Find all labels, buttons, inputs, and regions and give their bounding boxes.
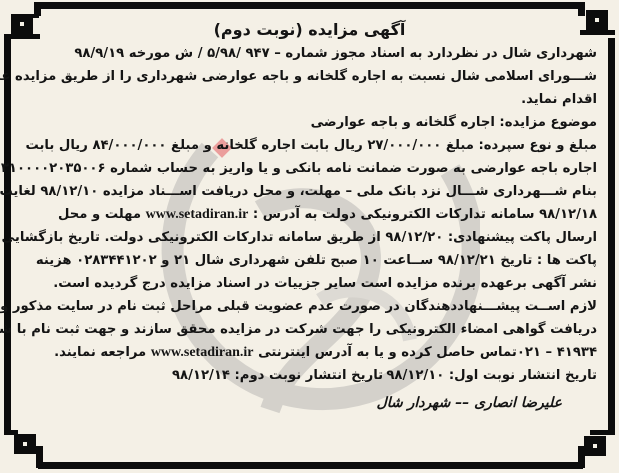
setadiran-link[interactable]: www.setadiran.ir xyxy=(146,207,249,222)
frame-bottom-line xyxy=(38,462,583,469)
deadline-text: ۹۸/۱۲/۱۸ سامانه تدارکات الکترونیکی دولت … xyxy=(253,207,597,222)
frame-corner-bl-c xyxy=(36,446,43,468)
deposit-line-1: مبلغ و نوع سپرده: مبلغ ۲۷/۰۰۰/۰۰۰ ریال ب… xyxy=(22,134,597,157)
frame-top-line xyxy=(38,2,583,9)
deposit-line-2: اجاره باجه عوارضی به صورت ضمانت نامه بان… xyxy=(22,157,597,180)
second-publication-label: تاریخ انتشار نوبت دوم: xyxy=(235,368,384,383)
deadline-suffix: مهلت و محل xyxy=(58,207,141,222)
contact-suffix: مراجعه نمایند. xyxy=(54,345,146,360)
frame-right-line xyxy=(608,38,615,430)
intro-line-2: شـــورای اسلامی شال نسبت به اجاره گلخانه… xyxy=(22,65,597,88)
contact-line: ۴۱۹۳۴ – ۰۲۱تماس حاصل کرده و یا به آدرس ا… xyxy=(22,341,597,364)
second-publication: تاریخ انتشار نوبت دوم: ۹۸/۱۲/۱۴ xyxy=(172,364,383,387)
first-publication-date: ۹۸/۱۲/۱۰ xyxy=(386,368,444,383)
deadline-line: ۹۸/۱۲/۱۸ سامانه تدارکات الکترونیکی دولت … xyxy=(22,203,597,226)
deposit-line-3: بنام شـــهرداری شـــال نزد بانک ملی – مه… xyxy=(22,180,597,203)
requirement-line-1: لازم اســت پیشـــنهاددهندگان در صورت عدم… xyxy=(22,295,597,318)
intro-line-3: اقدام نماید. xyxy=(22,88,597,111)
contact-text: ۴۱۹۳۴ – ۰۲۱تماس حاصل کرده و یا به آدرس ا… xyxy=(258,345,597,360)
intro-line-1: شهرداری شال در نظردارد به اسناد مجوز شما… xyxy=(22,42,597,65)
newspaper-clipping: آگهی مزایده (نوبت دوم) شهرداری شال در نظ… xyxy=(0,0,619,473)
notice-title: آگهی مزایده (نوبت دوم) xyxy=(22,20,597,39)
corner-ornament-bottom-left xyxy=(14,434,36,454)
notice-body: آگهی مزایده (نوبت دوم) شهرداری شال در نظ… xyxy=(22,20,597,411)
submission-line-2: پاکت ها : تاریخ ۹۸/۱۲/۲۱ ســاعت ۱۰ صبح ت… xyxy=(22,249,597,272)
second-publication-date: ۹۸/۱۲/۱۴ xyxy=(172,368,230,383)
setadiran-link-2[interactable]: www.setadiran.ir xyxy=(151,345,254,360)
frame-corner-br-a xyxy=(590,430,615,435)
publication-dates: تاریخ انتشار نوبت اول: ۹۸/۱۲/۱۰ تاریخ ان… xyxy=(22,364,597,387)
submission-line-3: نشر آگهی برعهده برنده مزایده است سایر جز… xyxy=(22,272,597,295)
frame-corner-tr-a xyxy=(578,2,585,16)
submission-line-1: ارسال پاکت پیشنهادی: ۹۸/۱۲/۲۰ از طریق سا… xyxy=(22,226,597,249)
mayor-signature: علیرضا انصاری –– شهردار شال xyxy=(22,395,597,411)
first-publication-label: تاریخ انتشار نوبت اول: xyxy=(449,368,597,383)
frame-corner-br-c xyxy=(578,446,585,468)
corner-ornament-bottom-right xyxy=(584,436,606,456)
requirement-line-2: دریافت گواهی امضاء الکترونیکی را جهت شرک… xyxy=(22,318,597,341)
subject-line: موضوع مزایده: اجاره گلخانه و باجه عوارضی xyxy=(22,111,597,134)
first-publication: تاریخ انتشار نوبت اول: ۹۸/۱۲/۱۰ xyxy=(386,364,597,387)
